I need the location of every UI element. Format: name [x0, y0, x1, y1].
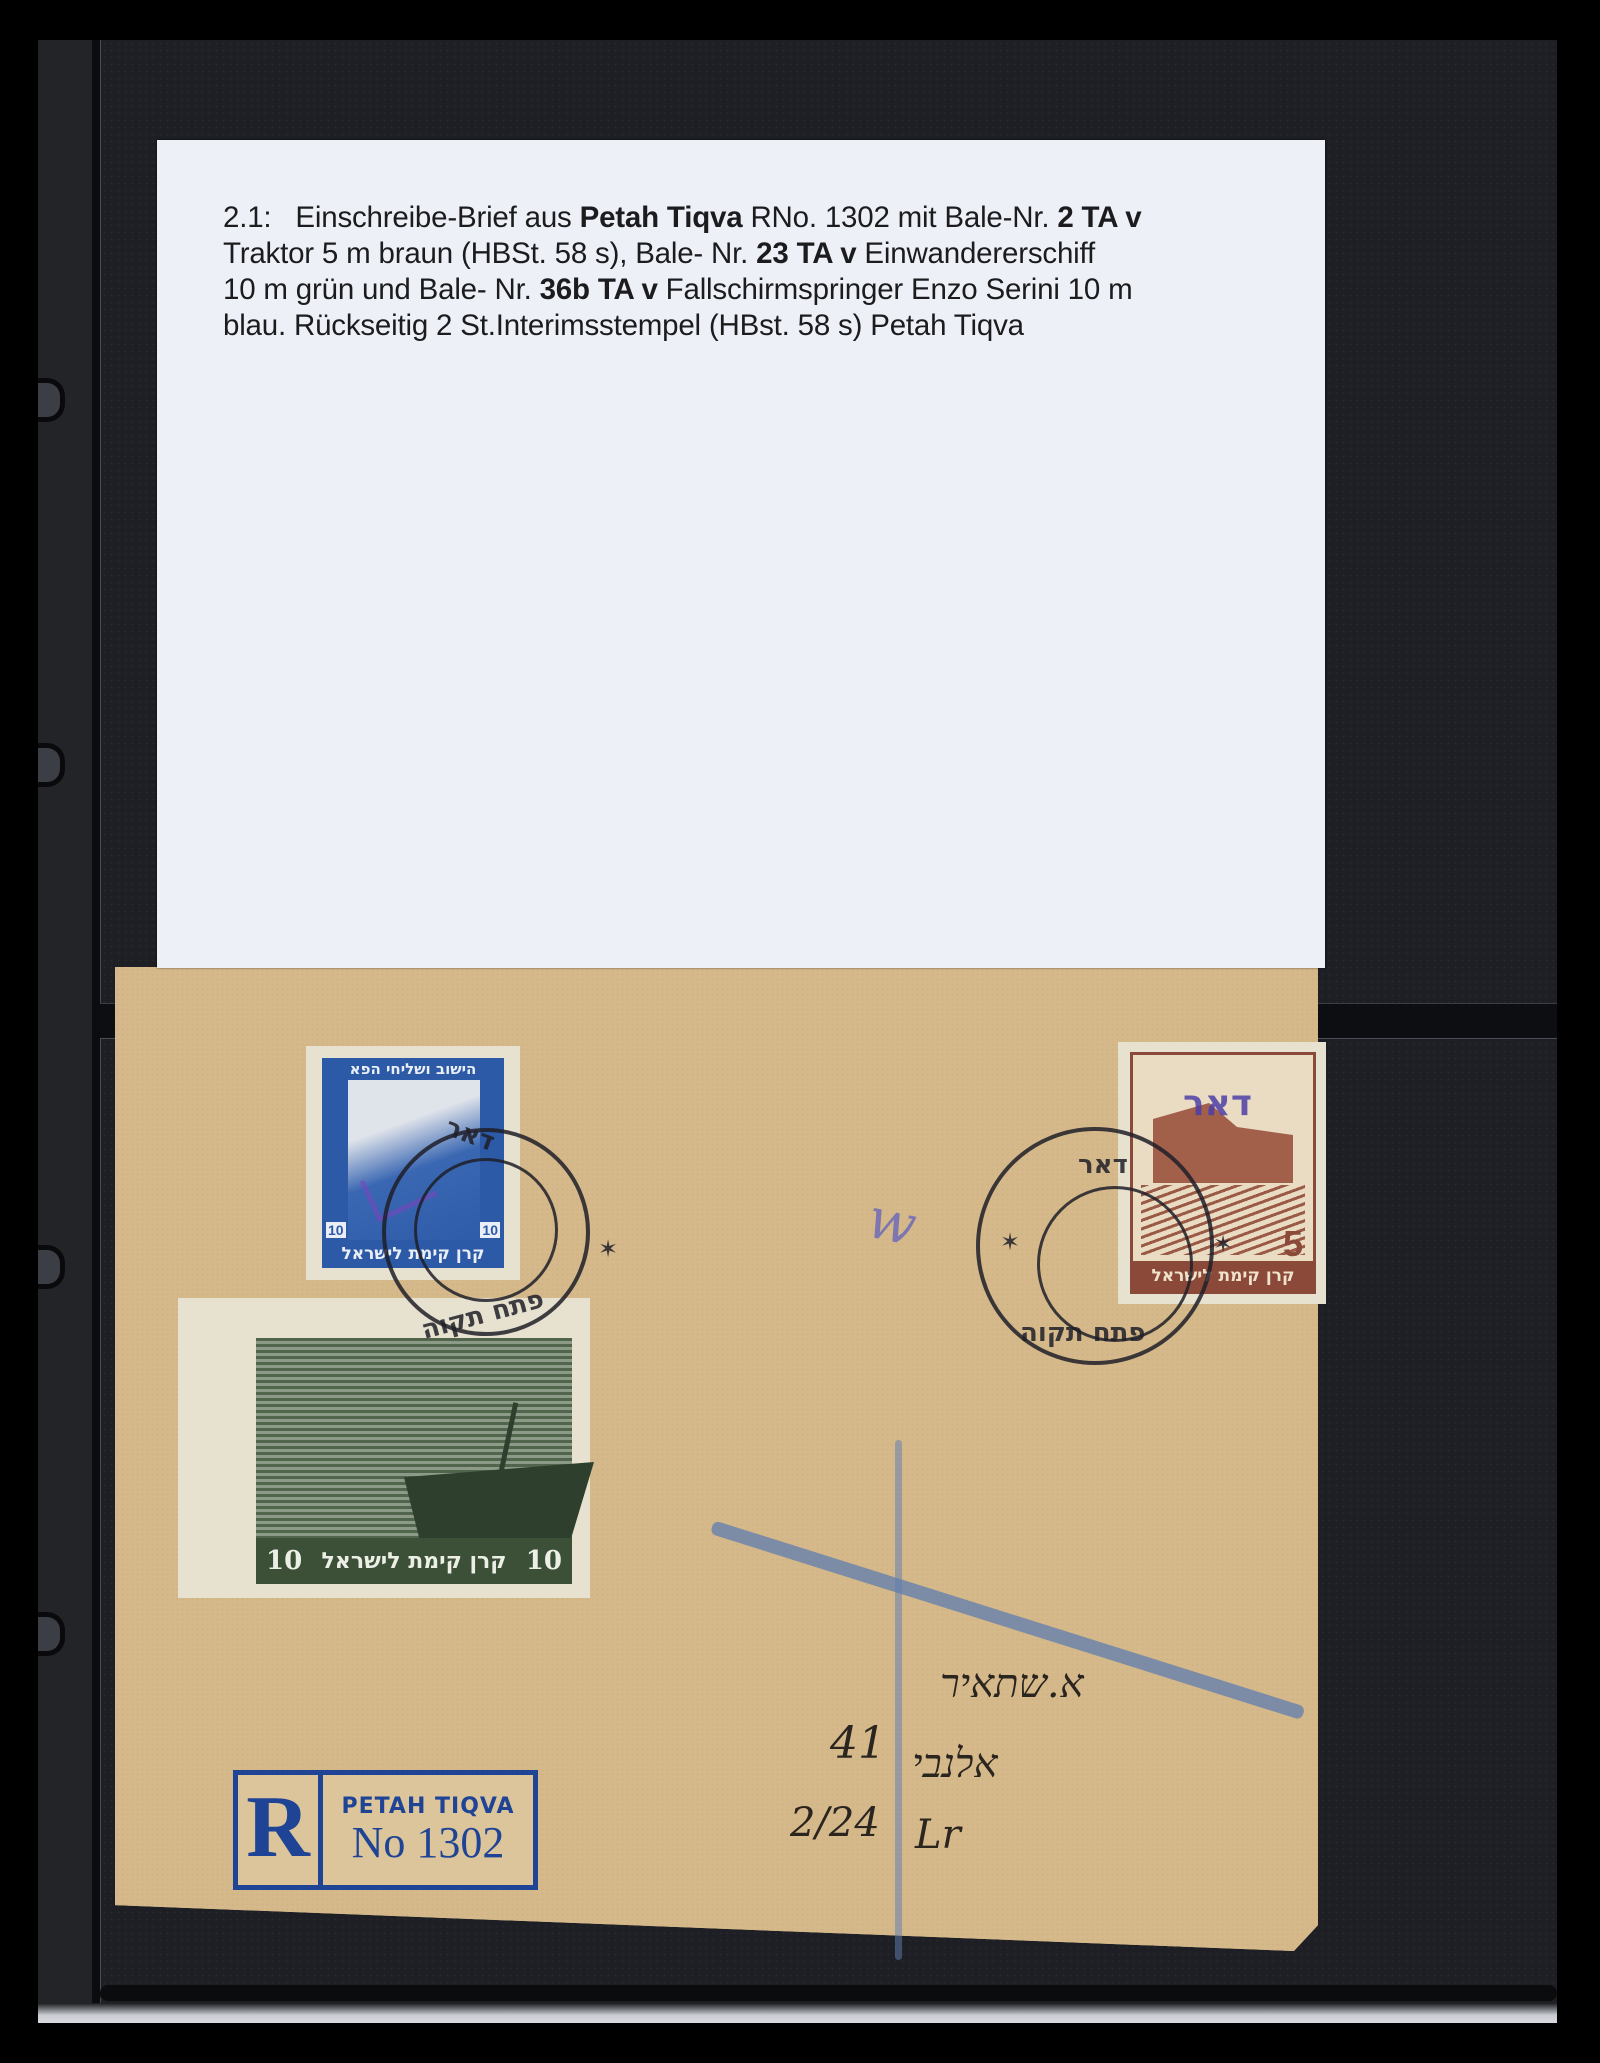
catalog-number: 23 TA v	[756, 237, 856, 270]
description-card: 2.1: Einschreibe-Brief aus Petah Tiqva R…	[157, 140, 1325, 968]
stamp-immigrant-ship: 10 קרן קימת לישראל 10	[178, 1298, 590, 1598]
handwritten-mark: Lr	[915, 1812, 961, 1858]
overprint-doar: דאר	[1183, 1083, 1252, 1124]
star-icon: ✶	[1000, 1228, 1020, 1257]
postmark-left-inner	[414, 1158, 558, 1302]
description-line-4: blau. Rückseitig 2 St.Interimsstempel (H…	[223, 308, 1283, 344]
stamp-face: 10 קרן קימת לישראל 10	[256, 1338, 572, 1584]
postmark-right-top-text: דאר	[1078, 1150, 1128, 1180]
star-icon: ✶	[598, 1235, 618, 1264]
description-text: 2.1: Einschreibe-Brief aus Petah Tiqva R…	[223, 200, 1283, 344]
handwritten-street: אלנבי	[912, 1740, 998, 1787]
registration-no-prefix: No	[352, 1818, 406, 1867]
description-line-2: Traktor 5 m braun (HBSt. 58 s), Bale- Nr…	[223, 236, 1283, 272]
binding-strip	[38, 40, 96, 2003]
registration-label: R PETAH TIQVA No 1302	[233, 1770, 538, 1890]
crayon-vertical-line	[895, 1440, 902, 1960]
postmark-right-bottom-text: פתח תקוה	[1020, 1318, 1145, 1348]
description-line-1: 2.1: Einschreibe-Brief aus Petah Tiqva R…	[223, 200, 1283, 236]
album-bottom-rail	[100, 1985, 1557, 2003]
section-number: 2.1:	[223, 201, 271, 234]
ship-image	[404, 1462, 594, 1538]
registration-number: 1302	[416, 1818, 504, 1867]
description-line-3: 10 m grün und Bale- Nr. 36b TA v Fallsch…	[223, 272, 1283, 308]
registration-letter: R	[238, 1775, 323, 1885]
binding-groove	[92, 40, 100, 2003]
handwritten-code: 2/24	[790, 1800, 880, 1846]
catalog-number: 36b TA v	[540, 273, 658, 306]
city-name: Petah Tiqva	[580, 201, 743, 234]
page-bottom-edge	[38, 2003, 1557, 2023]
catalog-number: 2 TA v	[1057, 201, 1141, 234]
handwritten-name: א.שתאיר	[940, 1660, 1084, 1707]
star-icon: ✶	[1213, 1230, 1233, 1259]
registration-office: PETAH TIQVA	[341, 1794, 514, 1819]
handwritten-house-number: 41	[830, 1718, 886, 1769]
